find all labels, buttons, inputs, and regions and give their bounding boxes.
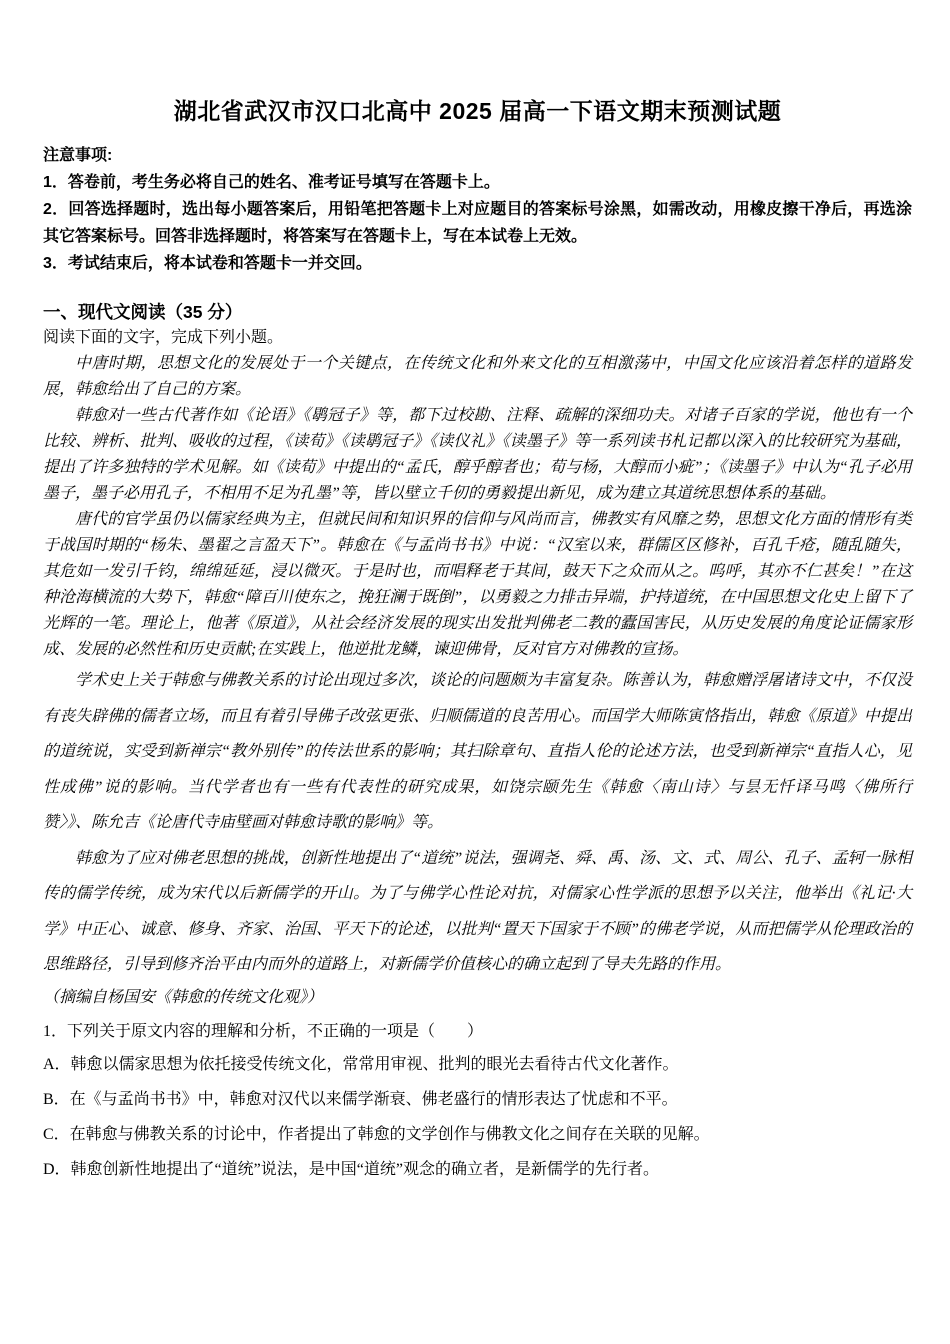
exam-paper-page: 湖北省武汉市汉口北高中 2025 届高一下语文期末预测试题 注意事项: 1．答卷… <box>0 0 950 1344</box>
question-1-stem: 1．下列关于原文内容的理解和分析，不正确的一项是（ ） <box>43 1017 912 1047</box>
question-1-option-a: A．韩愈以儒家思想为依托接受传统文化，常常用审视、批判的眼光去看待古代文化著作。 <box>43 1047 912 1082</box>
notice-section: 注意事项: 1．答卷前，考生务必将自己的姓名、准考证号填写在答题卡上。 2．回答… <box>43 142 912 277</box>
passage-paragraph-2: 韩愈对一些古代著作如《论语》《鹖冠子》等，都下过校勘、注释、疏解的深细功夫。对诸… <box>43 403 912 507</box>
notice-item-3: 3．考试结束后，将本试卷和答题卡一并交回。 <box>43 250 912 277</box>
question-1-option-c: C．在韩愈与佛教关系的讨论中，作者提出了韩愈的文学创作与佛教文化之间存在关联的见… <box>43 1117 912 1152</box>
question-1-option-b: B．在《与孟尚书书》中，韩愈对汉代以来儒学渐衰、佛老盛行的情形表达了忧虑和不平。 <box>43 1082 912 1117</box>
passage-paragraph-1: 中唐时期，思想文化的发展处于一个关键点，在传统文化和外来文化的互相激荡中，中国文… <box>43 351 912 403</box>
notice-item-1: 1．答卷前，考生务必将自己的姓名、准考证号填写在答题卡上。 <box>43 169 912 196</box>
passage-paragraph-5: 韩愈为了应对佛老思想的挑战，创新性地提出了“道统”说法，强调尧、舜、禹、汤、文、… <box>43 841 912 983</box>
reading-instruction: 阅读下面的文字，完成下列小题。 <box>43 325 912 351</box>
passage-paragraph-3: 唐代的官学虽仍以儒家经典为主，但就民间和知识界的信仰与风尚而言，佛教实有风靡之势… <box>43 507 912 663</box>
notice-item-2: 2．回答选择题时，选出每小题答案后，用铅笔把答题卡上对应题目的答案标号涂黑，如需… <box>43 196 912 250</box>
notice-heading: 注意事项: <box>43 142 912 169</box>
question-1-option-d: D．韩愈创新性地提出了“道统”说法，是中国“道统”观念的确立者，是新儒学的先行者… <box>43 1152 912 1187</box>
passage-paragraph-4: 学术史上关于韩愈与佛教关系的讨论出现过多次，谈论的问题颇为丰富复杂。陈善认为，韩… <box>43 663 912 841</box>
page-title: 湖北省武汉市汉口北高中 2025 届高一下语文期末预测试题 <box>43 96 912 126</box>
passage-source: （摘编自杨国安《韩愈的传统文化观》） <box>43 983 912 1013</box>
question-1: 1．下列关于原文内容的理解和分析，不正确的一项是（ ） A．韩愈以儒家思想为依托… <box>43 1017 912 1187</box>
section-1-heading: 一、现代文阅读（35 分） <box>43 299 912 325</box>
